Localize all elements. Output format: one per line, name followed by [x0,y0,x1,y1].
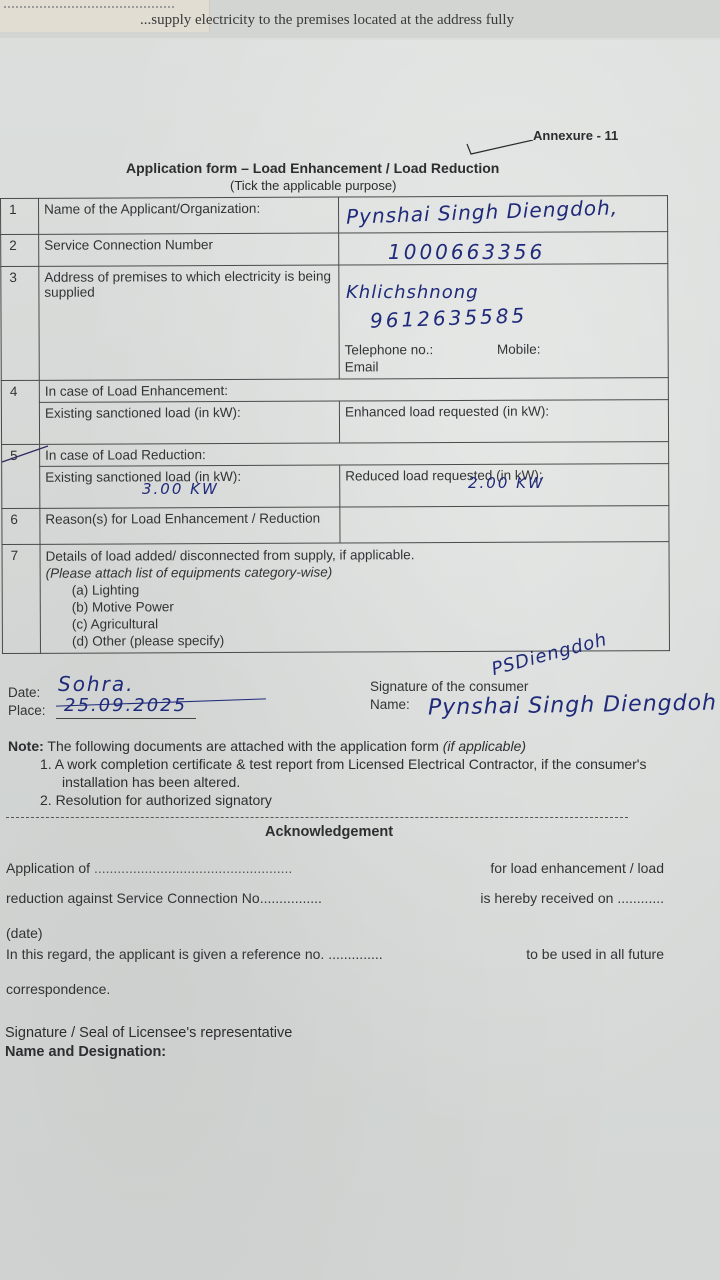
date-label: Date: [8,685,40,700]
handwritten-consumer-name: Pynshai Singh Diengdoh [428,690,717,720]
ack-line-5: correspondence. [6,981,664,997]
row-number: 4 [1,380,39,444]
table-row: 6 Reason(s) for Load Enhancement / Reduc… [2,506,669,545]
note-label: Note: [8,738,44,754]
annexure-label: Annexure - 11 [533,128,618,143]
tick-icon [0,440,50,470]
telephone-label: Telephone no.: [345,342,434,357]
designation-label: Name and Designation: [5,1044,166,1060]
table-row: Existing sanctioned load (in kW): Enhanc… [1,400,668,445]
row-number: 7 [2,544,40,653]
row-number: 2 [1,234,39,266]
table-row: 3 Address of premises to which electrici… [1,264,668,381]
cut-line-divider [6,817,628,818]
handwritten-reduced-load: 2.00 KW [468,474,545,492]
licensee-signature-label: Signature / Seal of Licensee's represent… [5,1025,292,1041]
handwritten-service-number: 1000663356 [388,240,545,264]
email-label: Email [345,359,379,374]
ack-text: (date) [6,925,43,941]
handwritten-existing-load: 3.00 KW [142,480,219,498]
note-item-2: 2. Resolution for authorized signatory [36,791,688,809]
name-label: Name: [370,697,410,712]
ack-line-2: reduction against Service Connection No.… [6,890,664,906]
ack-text: Application of [6,860,90,876]
row-number: 3 [1,266,39,380]
tick-mark-icon [465,140,535,160]
form-subtitle: (Tick the applicable purpose) [230,178,396,193]
table-row: 2 Service Connection Number [1,232,668,267]
row-number: 1 [1,198,39,234]
note-italic: (if applicable) [443,738,526,754]
load-reduction-label: In case of Load Reduction: [40,442,669,467]
mobile-label: Mobile: [497,342,541,357]
load-enhancement-label: In case of Load Enhancement: [39,378,668,403]
ack-text: correspondence. [6,981,110,997]
enh-requested-load-label[interactable]: Enhanced load requested (in kW): [339,400,668,443]
applicant-blank[interactable]: ........................................… [94,860,292,876]
note-section: Note: The following documents are attach… [8,737,688,809]
address-label: Address of premises to which electricity… [39,265,339,380]
dotted-line [4,6,174,8]
handwritten-place: Sohra. [58,672,134,696]
table-row: 5 In case of Load Reduction: [2,442,669,467]
row-number: 6 [2,508,40,544]
received-date-blank[interactable]: is hereby received on ............ [480,890,664,906]
place-underline [56,718,196,719]
handwritten-address: Khlichshnong [346,282,479,303]
table-row: Existing sanctioned load (in kW): Reduce… [2,464,669,509]
signature-label: Signature of the consumer [370,679,528,694]
table-row: 4 In case of Load Enhancement: [1,378,668,403]
reason-label: Reason(s) for Load Enhancement / Reducti… [40,507,340,544]
note-item-1: 1. A work completion certificate & test … [36,755,688,791]
application-form-table: 1 Name of the Applicant/Organization: 2 … [0,195,670,654]
reference-no-blank[interactable]: In this regard, the applicant is given a… [6,946,383,962]
enh-existing-load-label[interactable]: Existing sanctioned load (in kW): [39,401,339,444]
service-connection-label: Service Connection Number [39,233,339,266]
previous-page-text: ...supply electricity to the premises lo… [140,12,514,29]
note-text: The following documents are attached wit… [47,738,438,754]
acknowledgement-title: Acknowledgement [265,824,393,840]
ack-text: to be used in all future [526,946,664,962]
applicant-name-label: Name of the Applicant/Organization: [39,197,339,234]
form-title: Application form – Load Enhancement / Lo… [126,160,499,176]
table-row: 7 Details of load added/ disconnected fr… [2,542,669,654]
handwritten-date: 25.09.2025 [64,695,187,716]
ack-line-1: Application of .........................… [6,860,664,876]
service-connection-blank[interactable]: reduction against Service Connection No.… [6,890,322,906]
place-label: Place: [8,703,46,718]
ack-line-4: In this regard, the applicant is given a… [6,946,664,962]
ack-text: for load enhancement / load [490,860,664,876]
reason-field[interactable] [340,506,669,543]
ack-line-3: (date) [6,925,664,941]
